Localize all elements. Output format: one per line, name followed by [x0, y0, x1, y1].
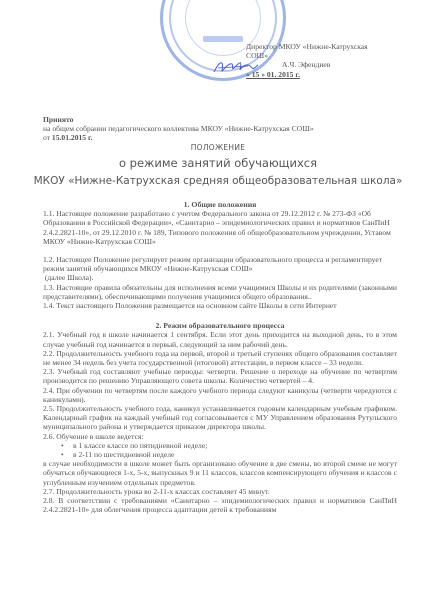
paragraph-2-2: 2.2. Продолжительность учебного года на …: [43, 349, 397, 367]
paragraph-2-1: 2.1. Учебный год в школе начинается 1 се…: [43, 330, 397, 348]
accepted-title: Принято: [43, 115, 423, 124]
list-item: в 1 классе классе по пятидневной неделе;: [73, 441, 397, 450]
paragraph-2-4: 2.4. При обучении по четвертям после каж…: [43, 386, 397, 404]
doc-school-title: МКОУ «Нижне-Катрухская средняя общеобраз…: [0, 174, 436, 188]
section-2-title: 2. Режим образовательного процесса: [43, 321, 397, 330]
schedule-list: в 1 классе классе по пятидневной неделе;…: [43, 441, 397, 459]
accepted-meeting: на общем собрании педагогического коллек…: [43, 124, 423, 133]
approval-block: Директор МКОУ «Нижне-Катрухская СОШ» А.Ч…: [246, 42, 436, 79]
paragraph-2-8: 2.8. В соответствии с требованиями «Сани…: [43, 496, 397, 514]
paragraph-1-2-tail: (далее Школа).: [43, 273, 397, 282]
approval-school: СОШ»: [246, 51, 436, 60]
paragraph-2-6: 2.6. Обучение в школе ведется:: [43, 432, 397, 441]
stamp-center-label: [203, 36, 243, 42]
paragraph-2-3: 2.3. Учебный год составляют учебные пери…: [43, 367, 397, 385]
document-body: 1. Общие положения 1.1. Настоящее положе…: [43, 200, 397, 515]
paragraph-1-2: 1.2. Настоящее Положение регулирует режи…: [43, 255, 397, 273]
paragraph-1-1: 1.1. Настоящее положение разработано с у…: [43, 209, 397, 246]
paragraph-1-3: 1.3. Настоящие правила обязательны для и…: [43, 283, 397, 301]
approval-date: « 15 » 01. 2015 г.: [246, 70, 436, 79]
section-1-title: 1. Общие положения: [43, 200, 397, 209]
paragraph-2-7: 2.7. Продолжительность урока во 2-11-х к…: [43, 487, 397, 496]
accepted-block: Принято на общем собрании педагогическог…: [43, 115, 423, 143]
accepted-date-prefix: от: [43, 133, 52, 142]
paragraph-2-5: 2.5. Продолжительность учебного года, ка…: [43, 404, 397, 432]
accepted-date: 15.01.2015 г.: [52, 133, 93, 142]
approval-position: Директор МКОУ «Нижне-Катрухская: [246, 42, 436, 51]
approval-signer: А.Ч. Эфендиев: [246, 60, 436, 69]
paragraph-2-6-shifts: в случае необходимости в школе может быт…: [43, 459, 397, 487]
paragraph-1-4: 1.4. Текст настоящего Положения размещае…: [43, 301, 397, 310]
accepted-date-line: от 15.01.2015 г.: [43, 133, 423, 142]
doc-type: ПОЛОЖЕНИЕ: [0, 143, 436, 152]
list-item: в 2-11 по шестидневной неделе: [73, 450, 397, 459]
doc-subtitle: о режиме занятий обучающихся: [0, 156, 436, 170]
